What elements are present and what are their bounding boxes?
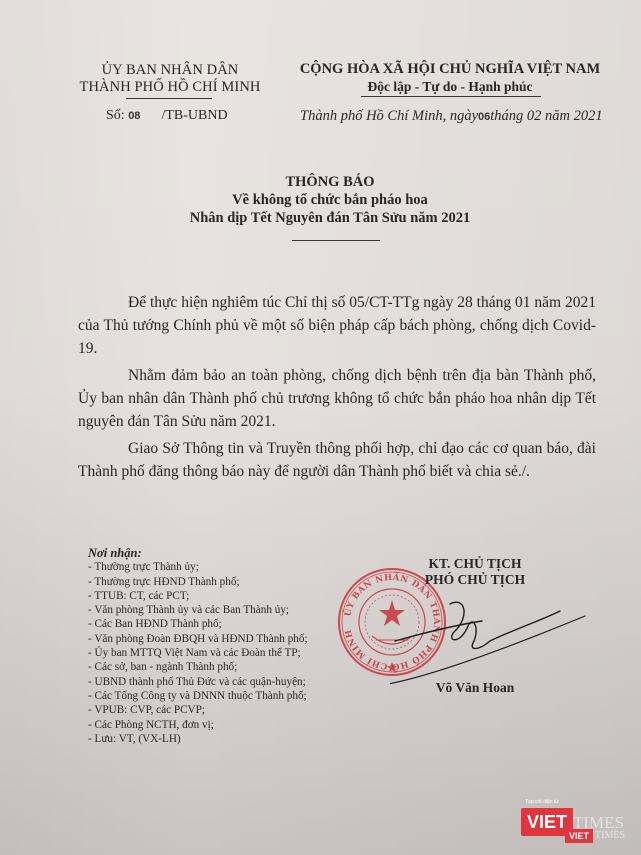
issuer-underline — [126, 98, 212, 99]
signatory-name: Võ Văn Hoan — [400, 680, 550, 696]
recipient-item: - Các sở, ban - ngành Thành phố; — [88, 660, 308, 674]
issuer-line1: ỦY BAN NHÂN DÂN — [60, 62, 280, 79]
paragraph-text: Để thực hiện nghiêm túc Chỉ thị số 05/CT… — [78, 294, 596, 357]
issuer-header: ỦY BAN NHÂN DÂN THÀNH PHỐ HỒ CHÍ MINH — [60, 62, 280, 96]
watermark-tagline: Tạp chí điện tử — [525, 799, 559, 805]
recipient-item: - Thường trực Thành ủy; — [88, 560, 308, 574]
signature-title: KT. CHỦ TỊCH PHÓ CHỦ TỊCH — [400, 556, 550, 588]
body-paragraph-3: Giao Sở Thông tin và Truyền thông phối h… — [78, 437, 596, 483]
recipient-item: - Văn phòng Thành ủy và các Ban Thành ủy… — [88, 603, 308, 617]
national-title: CỘNG HÒA XÃ HỘI CHỦ NGHĨA VIỆT NAM — [285, 60, 615, 78]
title-main: THÔNG BÁO — [130, 173, 530, 191]
document-title: THÔNG BÁO Về không tổ chức bắn pháo hoa … — [130, 173, 530, 227]
date-day: 06 — [478, 111, 490, 123]
title-underline — [292, 240, 380, 241]
paragraph-text: Giao Sở Thông tin và Truyền thông phối h… — [78, 440, 596, 480]
recipient-item: - Các Phòng NCTH, đơn vị; — [88, 718, 308, 732]
recipient-item: - VPUB: CVP, các PCVP; — [88, 703, 308, 717]
title-sub1: Về không tổ chức bắn pháo hoa — [130, 191, 530, 209]
recipients-list: Nơi nhận: - Thường trực Thành ủy; - Thườ… — [88, 546, 308, 746]
watermark-small-times: TIMES — [595, 830, 625, 841]
national-header: CỘNG HÒA XÃ HỘI CHỦ NGHĨA VIỆT NAM Độc l… — [285, 60, 615, 96]
date-suffix: tháng 02 năm 2021 — [490, 108, 602, 124]
doc-number-suffix: /TB-UBND — [161, 108, 227, 123]
recipient-item: - Các Tổng Công ty và DNNN thuộc Thành p… — [88, 689, 308, 703]
issue-date: Thành phố Hồ Chí Minh, ngày06tháng 02 nă… — [300, 108, 603, 125]
viettimes-watermark: Tạp chí điện tử VIET TIMES VIET TIMES — [515, 799, 635, 849]
doc-number: Số: 08 /TB-UBND — [106, 108, 228, 124]
doc-number-value: 08 — [128, 110, 140, 122]
recipient-item: - Lưu: VT, (VX-LH) — [88, 732, 308, 746]
signature-line2: PHÓ CHỦ TỊCH — [400, 572, 550, 588]
body-paragraph-1: Để thực hiện nghiêm túc Chỉ thị số 05/CT… — [78, 291, 596, 360]
recipient-item: - Các Ban HĐND Thành phố; — [88, 617, 308, 631]
motto-underline — [361, 96, 541, 97]
recipients-title: Nơi nhận: — [88, 546, 308, 560]
date-prefix: Thành phố Hồ Chí Minh, ngày — [300, 108, 478, 124]
body-paragraph-2: Nhằm đảm bảo an toàn phòng, chống dịch b… — [78, 364, 596, 433]
watermark-small-viet: VIET — [565, 829, 593, 843]
issuer-line2: THÀNH PHỐ HỒ CHÍ MINH — [60, 79, 280, 96]
doc-number-label: Số: — [106, 108, 125, 123]
recipient-item: - Ủy ban MTTQ Việt Nam và các Đoàn thể T… — [88, 646, 308, 660]
recipient-item: - Văn phòng Đoàn ĐBQH và HĐND Thành phố; — [88, 632, 308, 646]
national-motto: Độc lập - Tự do - Hạnh phúc — [285, 78, 615, 96]
recipient-item: - TTUB: CT, các PCT; — [88, 589, 308, 603]
paragraph-text: Nhằm đảm bảo an toàn phòng, chống dịch b… — [78, 367, 596, 430]
recipient-item: - UBND thành phố Thủ Đức và các quận-huy… — [88, 675, 308, 689]
recipient-item: - Thường trực HĐND Thành phố; — [88, 575, 308, 589]
title-sub2: Nhân dịp Tết Nguyên đán Tân Sửu năm 2021 — [130, 209, 530, 227]
signature-line1: KT. CHỦ TỊCH — [400, 556, 550, 572]
